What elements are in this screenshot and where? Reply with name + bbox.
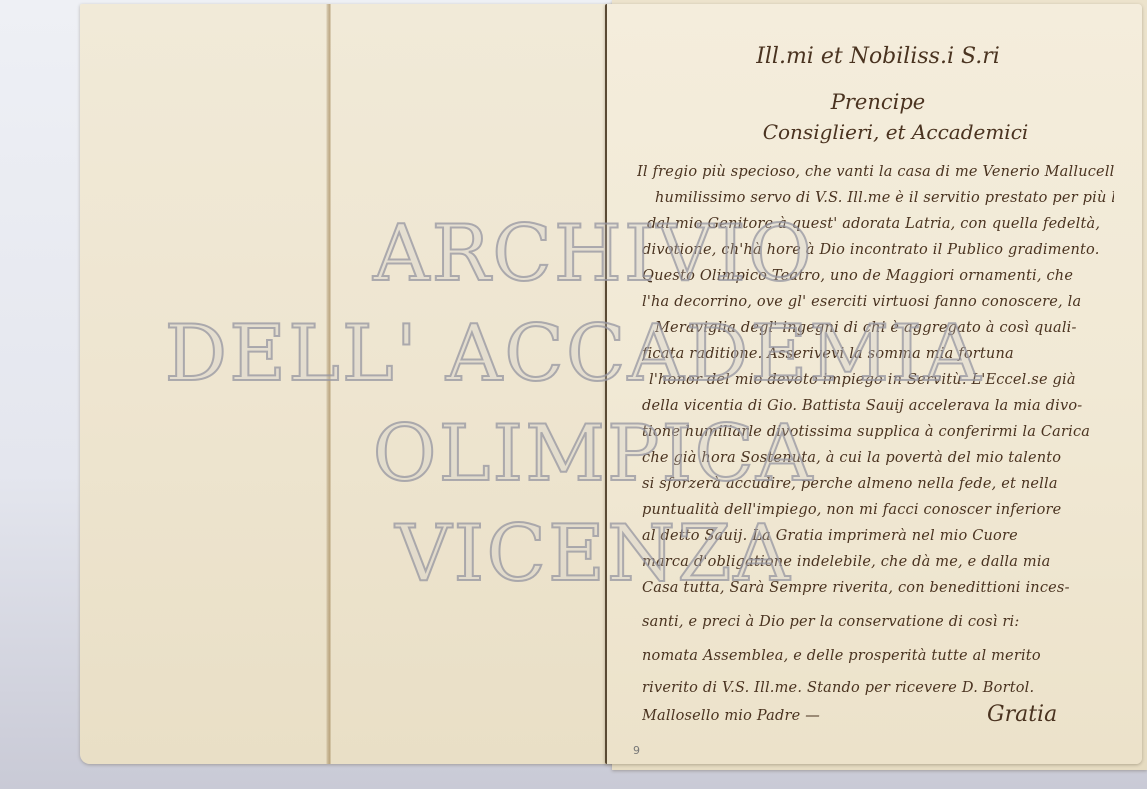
archive-watermark: ARCHIVIO DELL' ACCADEMIA OLIMPICA VICENZ…	[0, 0, 1147, 789]
watermark-line-3: OLIMPICA	[40, 415, 1147, 493]
watermark-line-4: VICENZA	[40, 515, 1147, 593]
watermark-line-1: ARCHIVIO	[40, 215, 1147, 293]
watermark-line-2: DELL' ACCADEMIA	[0, 315, 1147, 393]
